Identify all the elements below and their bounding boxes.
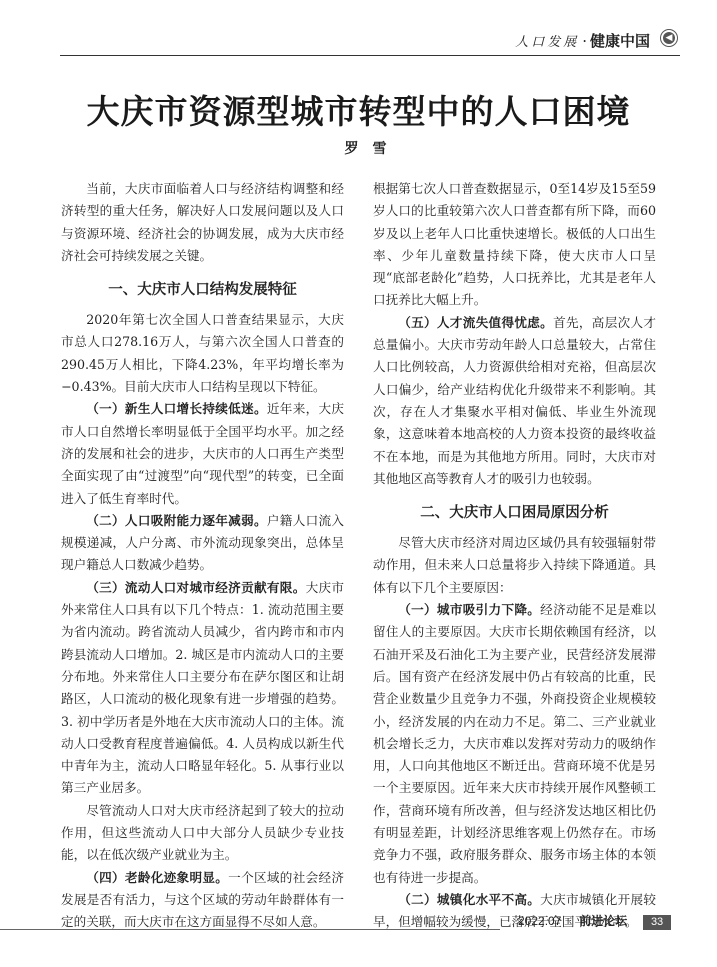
paragraph-attraction: （二）人口吸附能力逐年减弱。户籍人口流入规模递减，人户分离、市外流动现象突出，总… [61,510,344,577]
article-title: 大庆市资源型城市转型中的人口困境 [0,86,717,133]
footer-rule [0,929,500,930]
page-number: 33 [643,915,671,930]
issue-date: 2022.07 [518,914,561,928]
paragraph-body: 首先，高层次人才总量偏小。大庆市劳动年龄人口总量较大，占常住人口比例较高，人力资… [373,315,656,486]
right-column: 根据第七次人口普查数据显示，0至14岁及15至59岁人口的比重较第六次人口普查都… [373,178,656,934]
section2-intro: 尽管大庆市经济对周边区域仍具有较强辐射带动作用，但未来人口总量将步入持续下降通道… [373,532,656,599]
section-heading-2: 二、大庆市人口困局原因分析 [373,502,656,524]
paragraph-aging: （四）老龄化迹象明显。一个区域的社会经济发展是否有活力，与这个区域的劳动年龄群体… [61,867,344,934]
paragraph-lead: （二）城镇化水平不高。 [398,892,540,907]
paragraph-lead: （三）流动人口对城市经济贡献有限。 [86,580,305,595]
paragraph-talent: （五）人才流失值得忧虑。首先，高层次人才总量偏小。大庆市劳动年龄人口总量较大，占… [373,312,656,490]
article-author: 罗雪 [0,138,717,158]
paragraph-lead: （一）新生人口增长持续低迷。 [86,401,267,416]
back-arrow-glyph: ◀ [663,32,675,44]
header-text: 人口发展·健康中国 [515,30,650,51]
paragraph-lead: （二）人口吸附能力逐年减弱。 [86,513,267,528]
left-column: 当前，大庆市面临着人口与经济结构调整和经济转型的重大任务，解决好人口发展问题以及… [61,178,344,934]
header-category: 人口发展 [515,35,579,50]
running-header: 人口发展·健康中国 ◀ [60,28,680,56]
page-footer: 2022.07 前进论坛 33 [518,912,671,930]
paragraph-body: 经济动能不足是难以留住人的主要原因。大庆市长期依赖国有经济，以石油开采及石油化工… [373,602,656,885]
section-heading-1: 一、大庆市人口结构发展特征 [61,279,344,301]
intro-paragraph: 当前，大庆市面临着人口与经济结构调整和经济转型的重大任务，解决好人口发展问题以及… [61,178,344,267]
back-circle-icon: ◀ [660,29,678,47]
paragraph-city-attraction: （一）城市吸引力下降。经济动能不足是难以留住人的主要原因。大庆市长期依赖国有经济… [373,599,656,889]
paragraph-census: 根据第七次人口普查数据显示，0至14岁及15至59岁人口的比重较第六次人口普查都… [373,178,656,312]
paragraph-floating: （三）流动人口对城市经济贡献有限。大庆市外来常住人口具有以下几个特点：1. 流动… [61,577,344,800]
section1-intro: 2020年第七次全国人口普查结果显示，大庆市总人口278.16万人，与第六次全国… [61,309,344,398]
paragraph-newborn: （一）新生人口增长持续低迷。近年来，大庆市人口自然增长率明显低于全国平均水平。加… [61,398,344,509]
paragraph-lead: （四）老龄化迹象明显。 [86,870,228,885]
paragraph-floating-skills: 尽管流动人口对大庆市经济起到了较大的拉动作用，但这些流动人口中大部分人员缺少专业… [61,800,344,867]
paragraph-lead: （五）人才流失值得忧虑。 [398,315,553,330]
paragraph-lead: （一）城市吸引力下降。 [398,602,540,617]
header-brand: 健康中国 [590,32,650,50]
header-separator: · [582,32,587,50]
paragraph-body: 近年来，大庆市人口自然增长率明显低于全国平均水平。加之经济的发展和社会的进步，大… [61,401,344,505]
paragraph-body: 大庆市外来常住人口具有以下几个特点：1. 流动范围主要为省内流动。跨省流动人员减… [61,580,344,796]
magazine-name: 前进论坛 [579,914,627,928]
